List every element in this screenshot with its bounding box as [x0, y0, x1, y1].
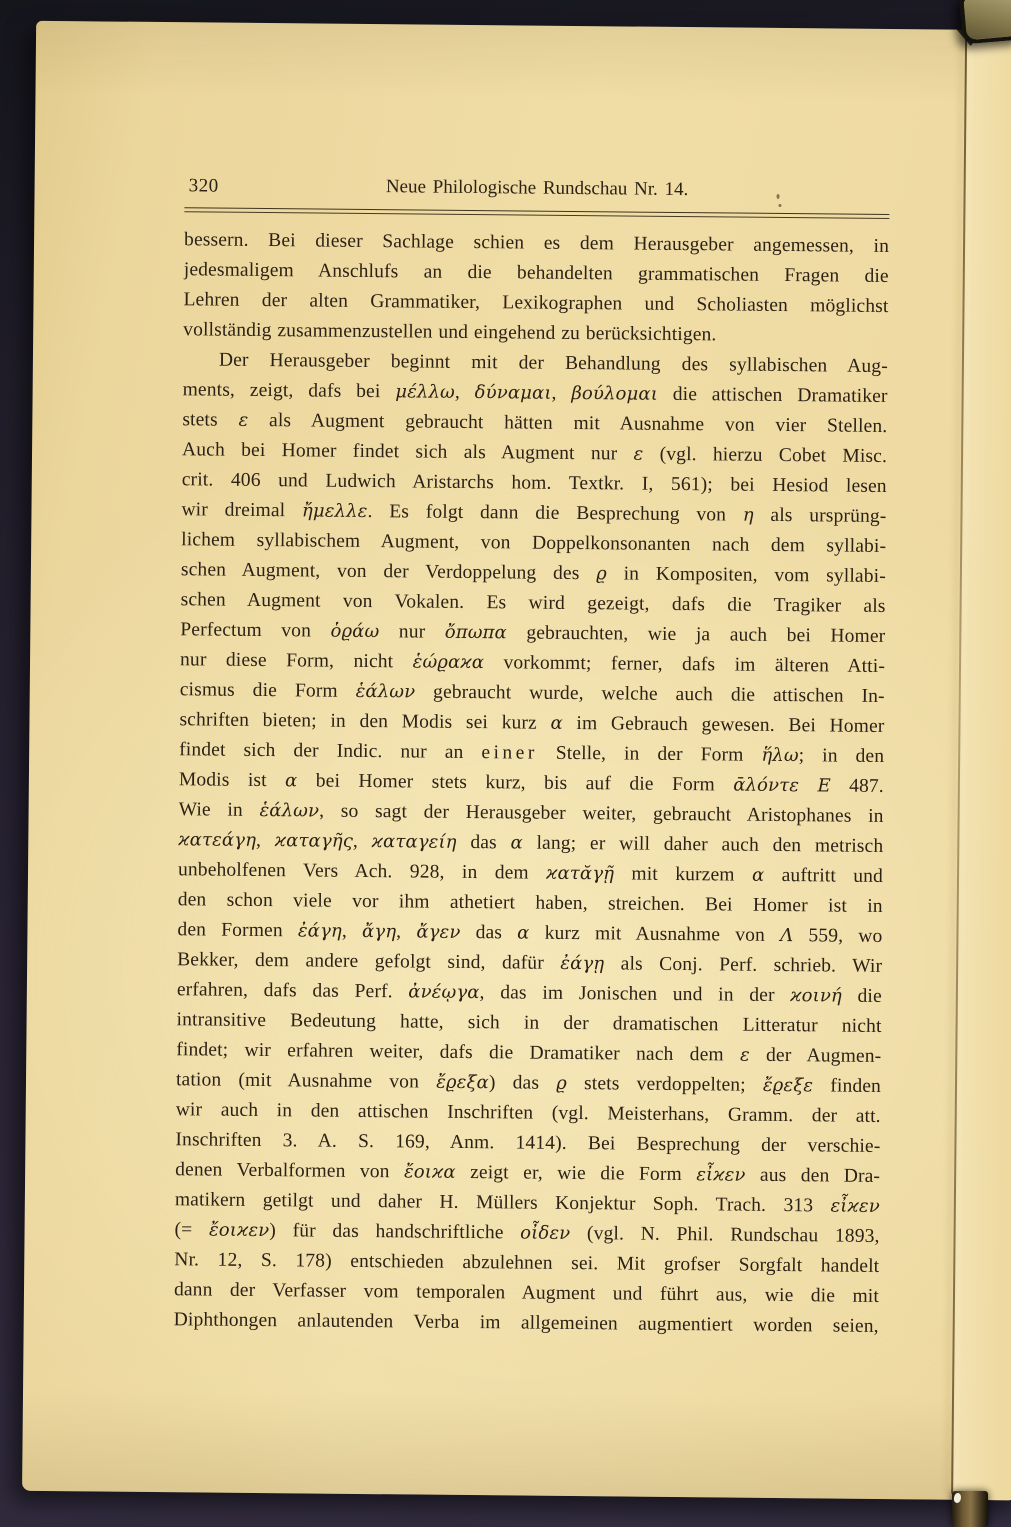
- text-run: crit. 406 und Ludwich Aristarchs hom. Te…: [182, 469, 887, 497]
- text-run: ,: [455, 382, 475, 403]
- greek-term: ἄγη: [362, 921, 396, 942]
- text-run: ) das: [489, 1072, 557, 1094]
- text-run: den Formen: [177, 919, 298, 941]
- book-binding-clasp: [959, 0, 1011, 45]
- page-content: 320 Neue Philologische Rundschau Nr. 14.…: [174, 174, 890, 1342]
- text-run: [799, 775, 818, 796]
- text-run: schen Augment von Vokalen. Es wird gezei…: [181, 589, 886, 617]
- text-run: finden: [813, 1075, 881, 1097]
- text-run: im Gebrauch gewesen. Bei Homer: [563, 713, 885, 737]
- text-run: cismus die Form: [180, 679, 356, 702]
- greek-term: E: [817, 775, 830, 796]
- text-run: schen Augment, von der Verdoppelung des: [181, 559, 596, 584]
- journal-title: Neue Philologische Rundschau Nr. 14.: [185, 174, 890, 203]
- greek-term: ϰατᾰγῇ: [546, 863, 614, 885]
- greek-term: ἀνέῳγα: [408, 981, 479, 1003]
- text-run: erfahren, dafs das Perf.: [177, 979, 409, 1002]
- text-run: 487.: [831, 775, 884, 797]
- text-run: wir auch in den attischen Inschriften (v…: [176, 1099, 881, 1127]
- greek-term: ϱ: [556, 1073, 567, 1094]
- text-run: als Augment gebraucht hätten mit Ausnahm…: [248, 410, 887, 437]
- greek-term: Λ: [780, 925, 793, 946]
- text-run: tation (mit Ausnahme von: [176, 1069, 436, 1092]
- adjacent-page-edge: [953, 30, 1011, 1501]
- text-run: intransitive Bedeutung hatte, sich in de…: [177, 1009, 882, 1037]
- scanned-page: 320 Neue Philologische Rundschau Nr. 14.…: [22, 21, 1011, 1501]
- greek-term: ἐάγῃ: [560, 953, 604, 974]
- text-run: Inschriften 3. A. S. 169, Anm. 1414). Be…: [175, 1129, 880, 1157]
- text-run: (=: [174, 1219, 209, 1240]
- text-run: den schon viele vor ihm athetiert haben,…: [178, 889, 883, 917]
- text-run: Modis ist: [179, 769, 285, 791]
- greek-term: ἐάγη: [298, 920, 342, 941]
- text-run: denen Verbalformen von: [175, 1159, 404, 1182]
- text-run: Nr. 12, S. 178) entschieden abzulehnen s…: [174, 1249, 879, 1277]
- header-double-rule: [184, 207, 889, 219]
- greek-term: α: [752, 865, 765, 886]
- greek-term: ϱ: [596, 563, 607, 584]
- text-run: als ursprüng-: [754, 505, 887, 527]
- text-run: . Es folgt dann die Besprechung von: [367, 501, 743, 526]
- greek-term: εἶϰεν: [830, 1195, 879, 1216]
- book-scan-background: 320 Neue Philologische Rundschau Nr. 14.…: [0, 0, 1011, 1527]
- text-run: lang; er will daher auch den metrisch: [523, 833, 884, 857]
- text-run: schriften bieten; in den Modis sei kurz: [179, 709, 550, 734]
- text-run: kurz mit Ausnahme von: [529, 923, 780, 946]
- text-run: matikern getilgt und daher H. Müllers Ko…: [175, 1189, 831, 1216]
- greek-term: ἔοιϰα: [404, 1161, 456, 1182]
- text-run: vorkommt; ferner, dafs im älteren Atti-: [484, 652, 885, 677]
- text-run: 559, wo: [793, 925, 882, 947]
- text-run: findet; wir erfahren weiter, dafs die Dr…: [176, 1039, 740, 1065]
- text-run: stets: [182, 409, 238, 431]
- text-run: zeigt er, wie die Form: [456, 1162, 697, 1185]
- greek-term: ἑάλων: [356, 681, 416, 703]
- text-run: aus den Dra-: [745, 1165, 880, 1187]
- text-run: ,: [256, 830, 275, 851]
- text-run: mit kurzem: [614, 863, 752, 885]
- text-run: dann der Verfasser vom temporalen Augmen…: [174, 1279, 879, 1307]
- text-run: vollständig zusammenzustellen und eingeh…: [183, 319, 716, 345]
- text-run: ,: [342, 921, 362, 942]
- text-run: (vgl. N. Phil. Rundschau 1893,: [570, 1223, 879, 1247]
- text-run: gebrauchten, wie ja auch bei Homer: [507, 622, 886, 647]
- greek-term: ϰαταγῆς: [275, 830, 353, 852]
- text-run: stets verdoppelten;: [567, 1073, 763, 1096]
- text-run: bei Homer stets kurz, bis auf die Form: [297, 770, 733, 795]
- greek-term: ἔϱεξε: [763, 1075, 813, 1096]
- text-run: Diphthongen anlautenden Verba im allgeme…: [174, 1309, 879, 1337]
- text-run: Wie in: [179, 799, 260, 821]
- text-run: als Conj. Perf. schrieb. Wir: [604, 953, 882, 977]
- text-run: jedesmaligem Anschlufs an die behandelte…: [184, 259, 889, 287]
- text-run: ) für das handschriftliche: [269, 1220, 520, 1243]
- running-header: 320 Neue Philologische Rundschau Nr. 14.: [184, 174, 889, 207]
- text-line: Diphthongen anlautenden Verba im allgeme…: [174, 1305, 879, 1342]
- greek-term: ἔοιϰεν: [209, 1220, 269, 1242]
- greek-term: βούλομαι: [571, 383, 658, 405]
- greek-term: ϰατεάγη: [178, 829, 256, 851]
- greek-term: α: [285, 770, 298, 791]
- greek-term: μέλλω: [395, 381, 455, 403]
- text-run: bessern. Bei dieser Sachlage schien es d…: [184, 229, 889, 257]
- page-number: 320: [189, 175, 219, 197]
- greek-term: ε: [740, 1045, 750, 1066]
- text-run: ,: [396, 921, 416, 942]
- text-run: der Augmen-: [750, 1045, 882, 1067]
- text-run: auftritt und: [764, 865, 883, 887]
- greek-term: ἄγεν: [416, 922, 460, 943]
- text-run: nur diese Form, nicht: [180, 649, 413, 672]
- greek-term: ἑώϱαϰα: [413, 651, 485, 673]
- greek-term: α: [517, 922, 530, 943]
- greek-term: ἥλω: [761, 745, 799, 766]
- greek-term: ἑάλων: [259, 800, 319, 822]
- greek-term: α: [550, 713, 563, 734]
- greek-term: ε: [238, 410, 248, 431]
- text-run: Der Herausgeber beginnt mit der Behandlu…: [219, 350, 888, 377]
- text-run: , das im Jonischen und in der: [479, 982, 790, 1006]
- greek-term: οἶδεν: [520, 1223, 570, 1244]
- greek-term: ἔϱεξα: [436, 1072, 489, 1094]
- greek-term: ϰοινή: [790, 985, 842, 1006]
- text-run: ,: [551, 383, 571, 404]
- text-run: unbeholfenen Vers Ach. 928, in dem: [178, 859, 546, 884]
- text-run: die attischen Dramatiker: [658, 384, 888, 407]
- greek-term: δύναμαι: [475, 382, 552, 404]
- greek-term: ὄπωπα: [445, 622, 507, 644]
- book-binding-strip: [952, 1491, 988, 1527]
- text-run: nur: [379, 621, 445, 643]
- text-run: die: [842, 986, 882, 1007]
- text-run: das: [457, 832, 511, 854]
- text-run: Bekker, dem andere gefolgt sind, dafür: [177, 949, 560, 974]
- text-run: ; in den: [799, 745, 885, 767]
- text-run: ,: [353, 831, 372, 852]
- text-run: Lehren der alten Grammatiker, Lexikograp…: [183, 289, 888, 317]
- text-run: das: [460, 922, 517, 944]
- greek-term: ὁϱάω: [330, 621, 379, 642]
- text-run: gebraucht wurde, welche auch die attisch…: [415, 681, 885, 707]
- text-body: bessern. Bei dieser Sachlage schien es d…: [174, 225, 890, 1342]
- greek-term: ϰαταγείη: [372, 831, 457, 853]
- text-run: Perfectum von: [180, 619, 330, 641]
- greek-term: η: [743, 505, 754, 526]
- greek-term: εἶϰεν: [696, 1164, 745, 1185]
- greek-term: α: [510, 832, 523, 853]
- text-run: , so sagt der Herausgeber weiter, gebrau…: [319, 801, 884, 827]
- text-run: in Kompositen, vom syllabi-: [607, 563, 886, 587]
- greek-term: ᾱλόντε: [733, 775, 799, 797]
- text-run: Stelle, in der Form: [538, 743, 762, 766]
- emphasized-word: einer: [481, 742, 538, 764]
- text-run: findet sich der Indic. nur an: [179, 739, 481, 763]
- greek-term: ἤμελλε: [302, 500, 368, 522]
- text-run: lichem syllabischem Augment, von Doppelk…: [181, 529, 886, 557]
- text-run: wir dreimal: [181, 499, 302, 521]
- text-run: ments, zeigt, dafs bei: [183, 379, 396, 402]
- text-run: (vgl. hierzu Cobet Misc.: [643, 444, 887, 467]
- text-run: Auch bei Homer findet sich als Augment n…: [182, 439, 634, 464]
